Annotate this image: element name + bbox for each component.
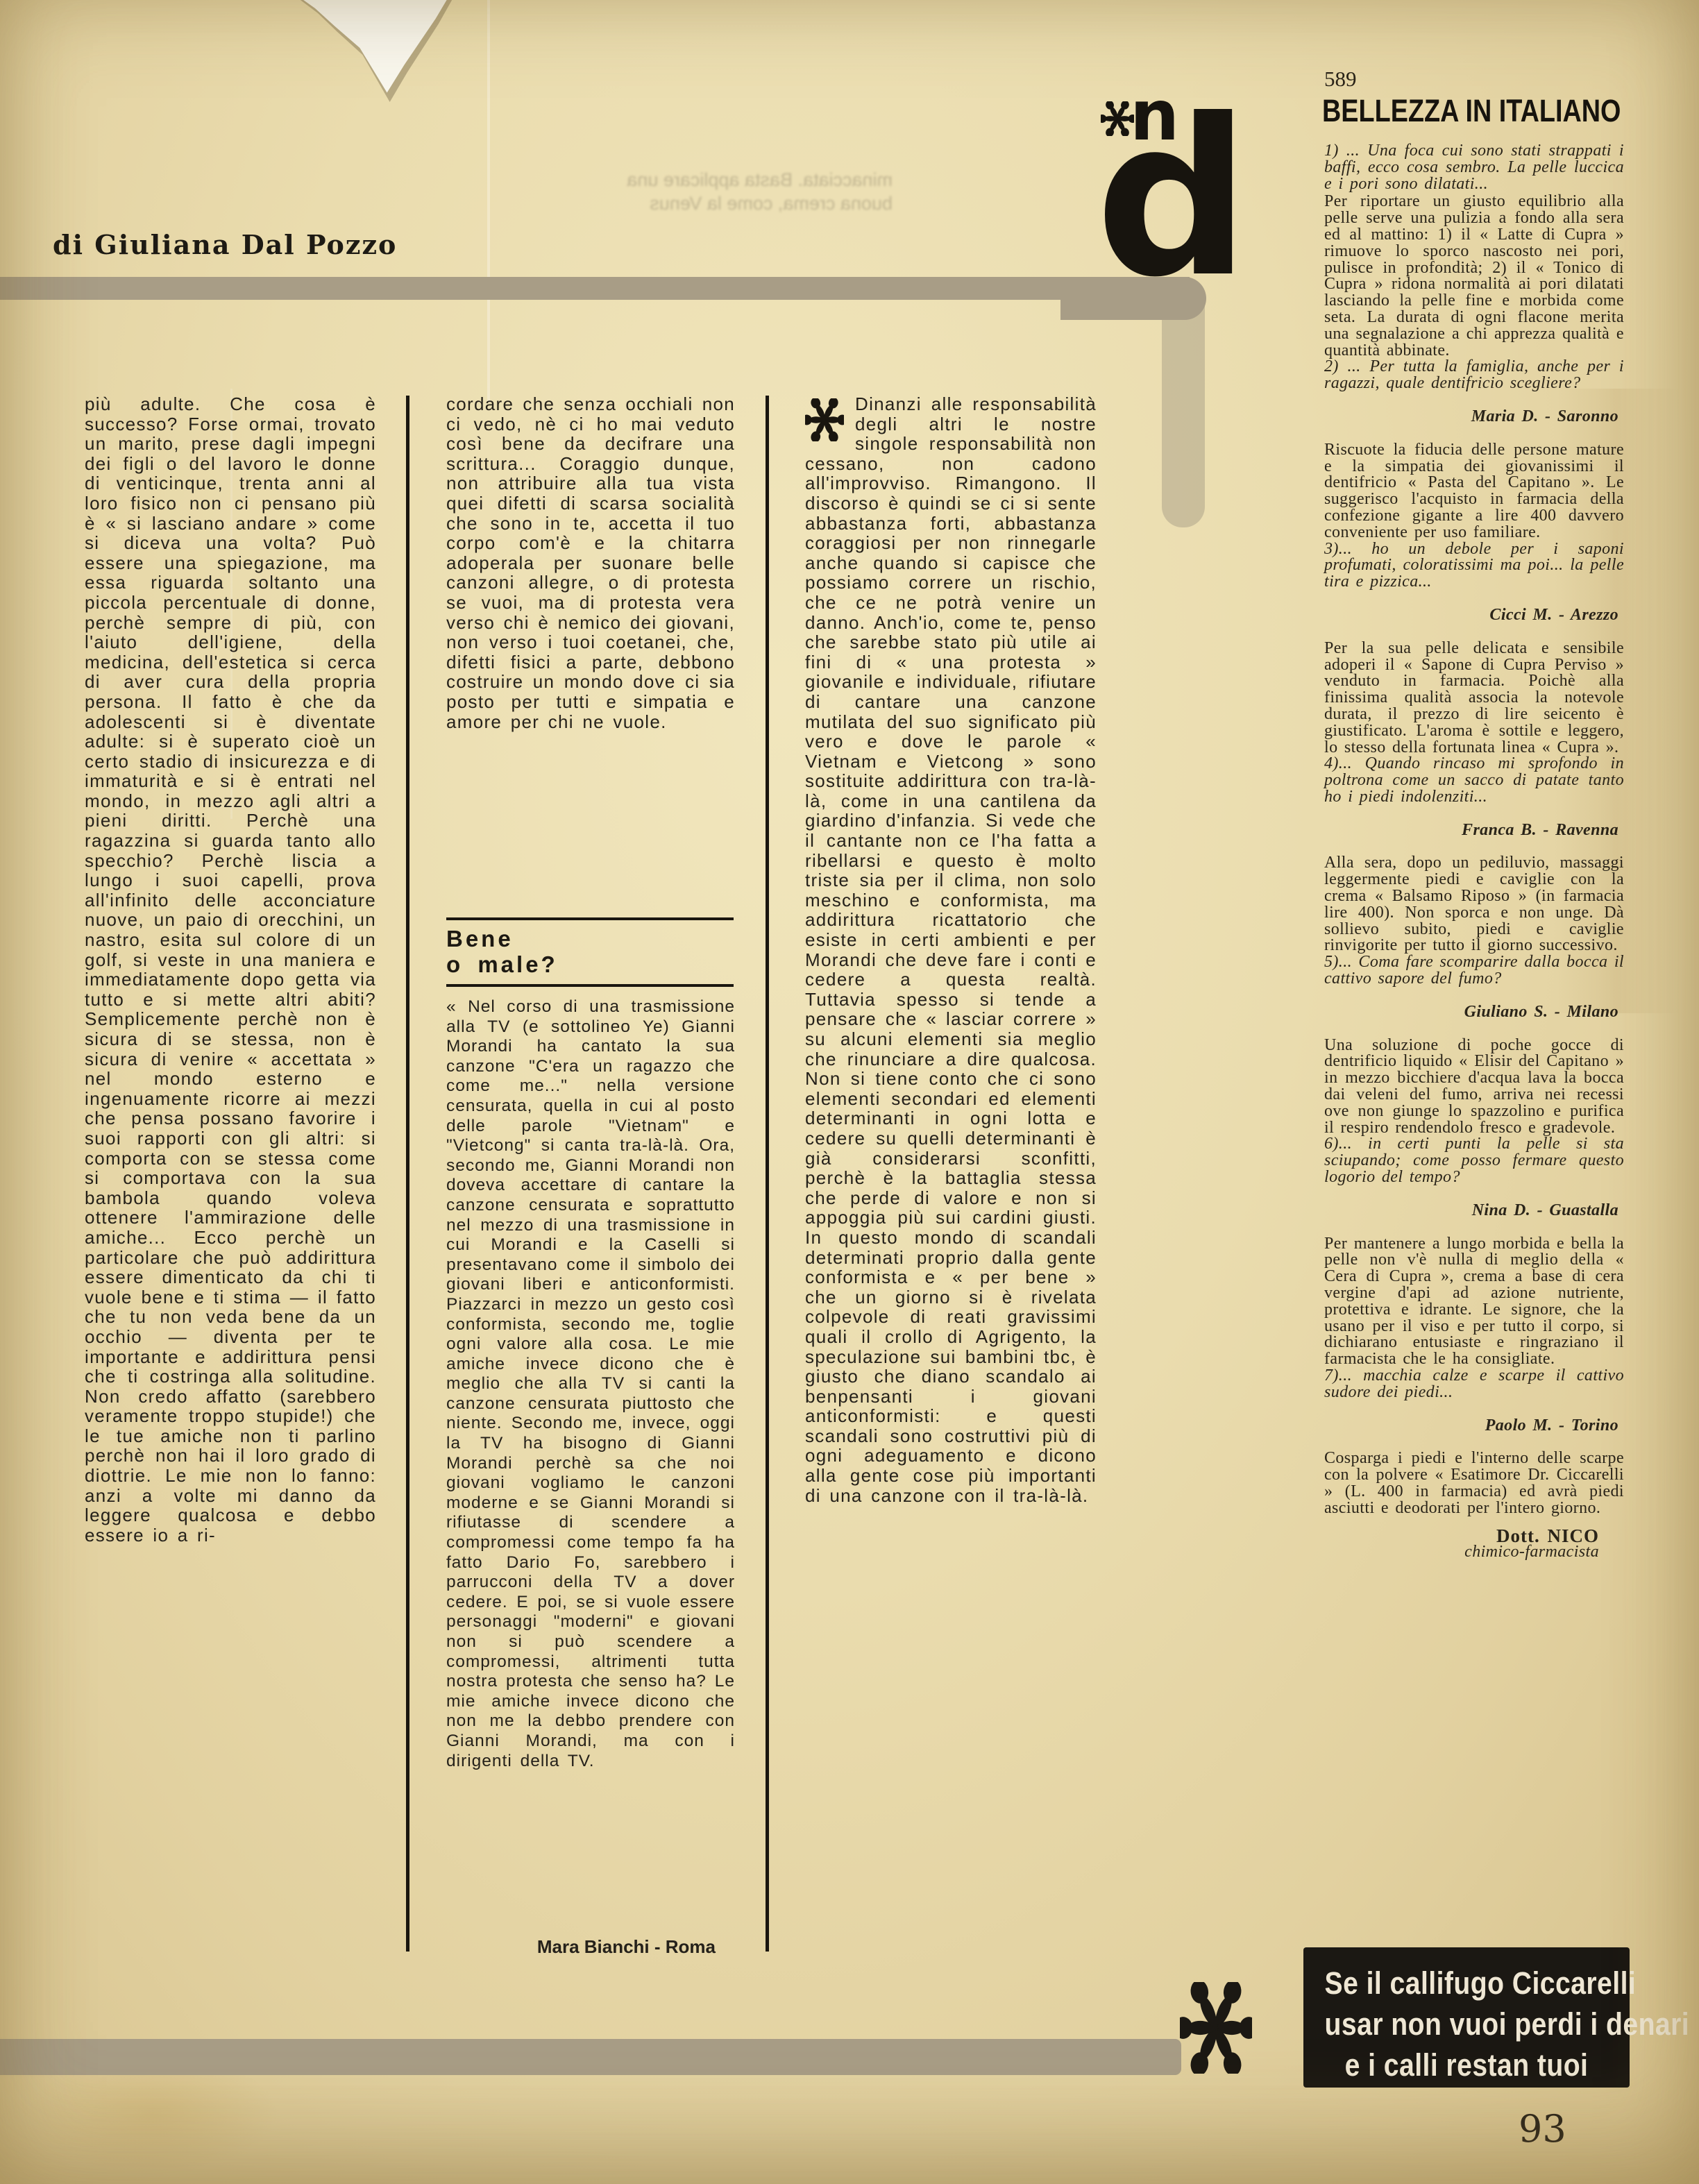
bleedthrough-line: buona crema, come la Venus xyxy=(559,192,893,215)
section-bene-o-male: Bene o male? xyxy=(446,917,734,987)
section-heading: Bene o male? xyxy=(446,926,734,977)
bleedthrough-line: minacciata. Basta applicare una xyxy=(559,168,893,192)
beauty-answer: Alla sera, dopo un pediluvio, massaggi l… xyxy=(1324,855,1624,954)
beauty-entries: 1) ... Una foca cui sono stati strappati… xyxy=(1324,143,1624,1561)
big-asterisk-icon xyxy=(1180,1982,1252,2074)
top-gray-bar xyxy=(0,277,1190,300)
beauty-entry: 4)... Quando rincaso mi sprofondo in pol… xyxy=(1324,756,1624,954)
reply-asterisk-icon xyxy=(805,398,844,441)
beauty-signature: Cicci M. - Arezzo xyxy=(1324,607,1624,624)
beauty-entry: 2) ... Per tutta la famiglia, anche per … xyxy=(1324,359,1624,541)
ad-text: Se il callifugo Ciccarelli usar non vuoi… xyxy=(1325,1947,1609,2085)
beauty-answer: Una soluzione di poche gocce di dentrifi… xyxy=(1324,1038,1624,1137)
beauty-question: 6)... in certi punti la pelle si sta sci… xyxy=(1324,1136,1624,1185)
beauty-signature: Paolo M. - Torino xyxy=(1324,1418,1624,1434)
page-number: 93 xyxy=(1519,2107,1566,2151)
column-rule xyxy=(406,396,409,1952)
top-gray-bar-hook xyxy=(1162,298,1205,527)
byline: di Giuliana Dal Pozzo xyxy=(53,229,397,260)
beauty-answer: Cosparga i piedi e l'interno delle scarp… xyxy=(1324,1450,1624,1516)
paper-crease xyxy=(487,0,490,403)
logo-asterisk-icon xyxy=(1101,101,1134,136)
bleedthrough-text: minacciata. Basta applicare una buona cr… xyxy=(559,168,893,215)
beauty-question: 1) ... Una foca cui sono stati strappati… xyxy=(1324,143,1624,192)
ad-line-2: usar non vuoi perdi i denari xyxy=(1325,2004,1609,2045)
section-rule-top xyxy=(446,917,734,920)
bottom-gray-bar xyxy=(0,2039,1181,2075)
beauty-answer: Riscuote la fiducia delle persone mature… xyxy=(1324,442,1624,541)
beauty-entry: 3)... ho un debole per i saponi profumat… xyxy=(1324,541,1624,756)
editor-reply-text: Dinanzi alle responsabilità degli altri … xyxy=(805,393,1097,1506)
beauty-answer: Per la sua pelle delicata e sensibile ad… xyxy=(1324,641,1624,756)
beauty-signature: Giuliano S. - Milano xyxy=(1324,1004,1624,1021)
beauty-question: 4)... Quando rincaso mi sprofondo in pol… xyxy=(1324,756,1624,805)
beauty-column-title: BELLEZZA IN ITALIANO xyxy=(1322,93,1621,129)
article-column-2-intro: cordare che senza occhiali non ci vedo, … xyxy=(446,394,735,731)
beauty-signature: Nina D. - Guastalla xyxy=(1324,1203,1624,1219)
editor-reply-column: Dinanzi alle responsabilità degli altri … xyxy=(805,394,1097,1505)
ad-line-1: Se il callifugo Ciccarelli xyxy=(1325,1963,1609,2004)
closing-name: Dott. NICO xyxy=(1324,1528,1599,1545)
beauty-entry: 7)... macchia calze e scarpe il cattivo … xyxy=(1324,1368,1624,1517)
closing-role: chimico-farmacista xyxy=(1324,1544,1599,1561)
beauty-question: 7)... macchia calze e scarpe il cattivo … xyxy=(1324,1368,1624,1401)
ad-line-3: e i calli restan tuoi xyxy=(1325,2045,1609,2085)
section-rule-bottom xyxy=(446,984,734,987)
beauty-question: 2) ... Per tutta la famiglia, anche per … xyxy=(1324,359,1624,392)
ciccarelli-ad-box: Se il callifugo Ciccarelli usar non vuoi… xyxy=(1303,1947,1630,2088)
beauty-entry: 5)... Coma fare scomparire dalla bocca i… xyxy=(1324,954,1624,1136)
letter-signature: Mara Bianchi - Roma xyxy=(446,1936,735,1958)
beauty-signature: Maria D. - Saronno xyxy=(1324,409,1624,425)
beauty-answer: Per mantenere a lungo morbida e bella la… xyxy=(1324,1236,1624,1368)
reader-letter: « Nel corso di una trasmissione alla TV … xyxy=(446,997,735,1771)
beauty-entry: 1) ... Una foca cui sono stati strappati… xyxy=(1324,143,1624,359)
beauty-answer: Per riportare un giusto equilibrio alla … xyxy=(1324,194,1624,359)
beauty-closing-signature: Dott. NICOchimico-farmacista xyxy=(1324,1528,1624,1561)
column-rule xyxy=(766,396,769,1952)
section-heading-line1: Bene xyxy=(446,926,514,951)
beauty-question: 5)... Coma fare scomparire dalla bocca i… xyxy=(1324,954,1624,988)
article-column-1: più adulte. Che cosa è successo? Forse o… xyxy=(85,394,376,1545)
issue-number: 589 xyxy=(1324,67,1357,92)
magazine-page: minacciata. Basta applicare una buona cr… xyxy=(0,0,1699,2184)
section-heading-line2: o male? xyxy=(446,951,558,977)
beauty-entry: 6)... in certi punti la pelle si sta sci… xyxy=(1324,1136,1624,1368)
beauty-question: 3)... ho un debole per i saponi profumat… xyxy=(1324,541,1624,591)
logo-letter-n: n xyxy=(1130,81,1179,151)
beauty-signature: Franca B. - Ravenna xyxy=(1324,822,1624,839)
